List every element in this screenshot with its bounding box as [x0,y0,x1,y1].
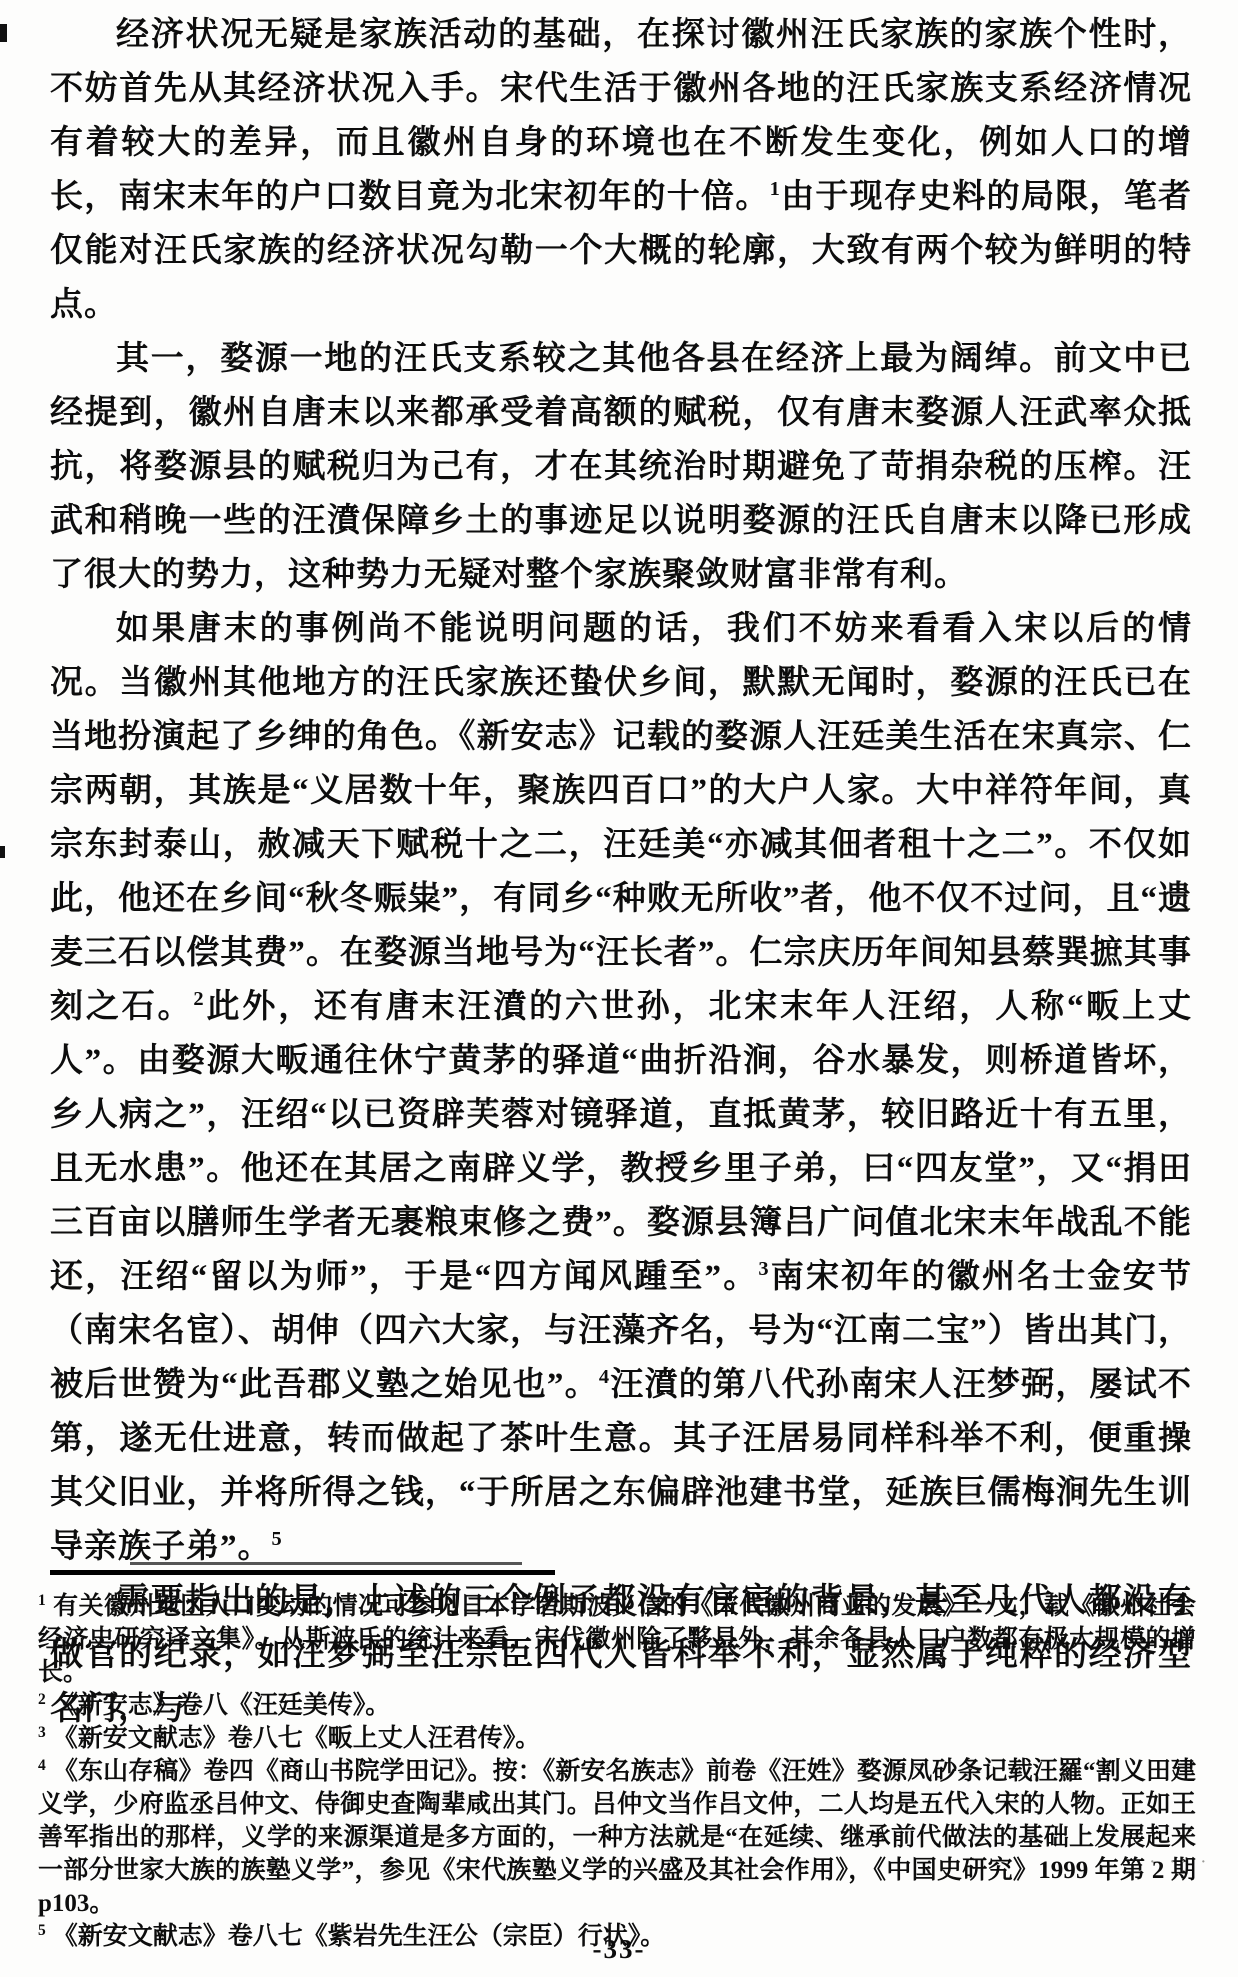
document-page: 经济状况无疑是家族活动的基础，在探讨徽州汪氏家族的家族个性时，不妨首先从其经济状… [0,0,1238,1977]
scan-artifact: · ·· · [1150,1855,1212,1871]
paragraph-2: 其一，婺源一地的汪氏支系较之其他各县在经济上最为阔绰。前文中已经提到，徽州自唐末… [50,332,1192,602]
scan-artifact [130,1562,522,1565]
scan-artifact [0,24,7,42]
footnote-item-2: 2《新安志》卷八《汪廷美传》。 [38,1689,1196,1722]
footnote-marker: 3 [38,1724,46,1741]
footnote-item-3: 3《新安文献志》卷八七《畈上丈人汪君传》。 [38,1722,1196,1755]
footnote-ref-5: 5 [272,1528,283,1550]
paragraph-text: 其一，婺源一地的汪氏支系较之其他各县在经济上最为阔绰。前文中已经提到，徽州自唐末… [50,341,1192,593]
page-number: -33- [0,1934,1238,1965]
body-text: 经济状况无疑是家族活动的基础，在探讨徽州汪氏家族的家族个性时，不妨首先从其经济状… [50,8,1192,1736]
paragraph-text: 如果唐末的事例尚不能说明问题的话，我们不妨来看看入宋以后的情况。当徽州其他地方的… [50,611,1192,1025]
footnote-ref-4: 4 [599,1366,610,1388]
paragraph-1: 经济状况无疑是家族活动的基础，在探讨徽州汪氏家族的家族个性时，不妨首先从其经济状… [50,8,1192,332]
footnote-text: 《东山存稿》卷四《商山书院学田记》。按：《新安名族志》前卷《汪姓》婺源凤砂条记载… [38,1758,1196,1917]
paragraph-text: 此外，还有唐末汪濆的六世孙，北宋末年人汪绍，人称“畈上丈人”。由婺源大畈通往休宁… [50,989,1192,1295]
footnote-text: 《新安志》卷八《汪廷美传》。 [53,1692,391,1719]
footnote-marker: 2 [38,1691,46,1708]
footnotes: 1有关徽州地区人口变动的情况可参见日本学者斯波义信的《宋代徽州商业的发展》一文，… [38,1590,1196,1953]
footnote-text: 《新安文献志》卷八七《畈上丈人汪君传》。 [53,1725,541,1752]
footnote-ref-3: 3 [758,1258,769,1280]
footnote-ref-2: 2 [193,988,204,1010]
footnote-separator [50,1570,555,1575]
scan-artifact [0,846,5,858]
footnote-item-4: 4《东山存稿》卷四《商山书院学田记》。按：《新安名族志》前卷《汪姓》婺源凤砂条记… [38,1755,1196,1920]
footnote-marker: 4 [38,1757,46,1774]
footnote-text: 有关徽州地区人口变动的情况可参见日本学者斯波义信的《宋代徽州商业的发展》一文，载… [38,1593,1196,1686]
paragraph-3: 如果唐末的事例尚不能说明问题的话，我们不妨来看看入宋以后的情况。当徽州其他地方的… [50,602,1192,1574]
footnote-marker: 1 [38,1592,46,1609]
footnote-ref-1: 1 [770,178,781,200]
footnote-item-1: 1有关徽州地区人口变动的情况可参见日本学者斯波义信的《宋代徽州商业的发展》一文，… [38,1590,1196,1689]
